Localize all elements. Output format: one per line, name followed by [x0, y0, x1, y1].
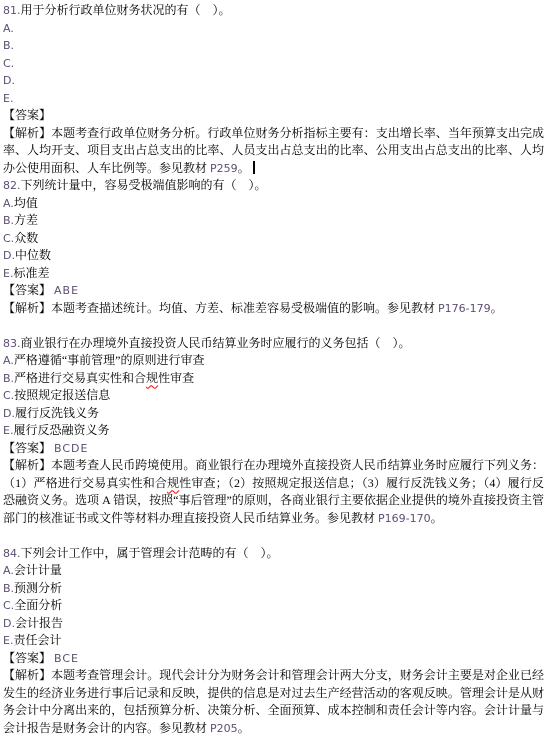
- answer-label: 【答案】: [3, 441, 51, 455]
- option-line: E.标准差: [3, 265, 544, 283]
- answer-label: 【答案】: [3, 108, 51, 122]
- answer-letters: ABE: [54, 284, 79, 297]
- option-text: 众数: [14, 231, 38, 245]
- option-text: 履行反恐融资义务: [13, 423, 109, 437]
- option-line: A.会计计量: [3, 562, 544, 580]
- option-text: 履行反洗钱义务: [15, 406, 99, 420]
- analysis-text: 本题考查管理会计。现代会计分为财务会计和管理会计两大分支，财务会计主要是对企业已…: [3, 668, 544, 735]
- option-line: E.履行反恐融资义务: [3, 422, 544, 440]
- option-line: A.均值: [3, 195, 544, 213]
- option-text: 全面分析: [14, 598, 62, 612]
- option-text: 严格遵循“事前管理”的原则进行审查: [14, 353, 205, 367]
- option-text: 方差: [14, 213, 38, 227]
- option-letter: C.: [3, 57, 14, 70]
- question-number: 83.: [3, 337, 21, 350]
- analysis-text-end: 。: [238, 161, 250, 175]
- analysis-paragraph: 【解析】本题考查管理会计。现代会计分为财务会计和管理会计两大分支，财务会计主要是…: [3, 667, 544, 737]
- page-reference: P205: [210, 722, 238, 735]
- option-line: C.按照规定报送信息: [3, 387, 544, 405]
- option-line: D.: [3, 72, 544, 90]
- question-stem: 83.商业银行在办理境外直接投资人民币结算业务时应履行的义务包括（ ）。: [3, 335, 544, 353]
- page-reference: P176-179: [438, 302, 491, 315]
- option-text: 严格进行交易真实性和合: [14, 371, 146, 385]
- question-block-81: 81.用于分析行政单位财务状况的有（ ）。 A. B. C. D. E. 【答案…: [3, 2, 544, 177]
- option-letter: D.: [3, 617, 15, 630]
- option-letter: B.: [3, 582, 14, 595]
- option-letter: E.: [3, 267, 13, 280]
- question-stem-text: 商业银行在办理境外直接投资人民币结算业务时应履行的义务包括（ ）。: [21, 336, 411, 350]
- analysis-label: 【解析】: [3, 458, 51, 472]
- analysis-text-end: 。: [431, 511, 443, 525]
- analysis-label: 【解析】: [3, 126, 51, 140]
- analysis-label: 【解析】: [3, 668, 51, 682]
- answer-line: 【答案】BCDE: [3, 440, 544, 458]
- question-number: 82.: [3, 179, 21, 192]
- question-stem-text: 下列统计量中，容易受极端值影响的有（ ）。: [21, 178, 267, 192]
- option-letter: B.: [3, 214, 14, 227]
- option-letter: B.: [3, 372, 14, 385]
- analysis-text-end: 。: [491, 301, 503, 315]
- answer-letters: BCE: [54, 652, 79, 665]
- option-line: D.中位数: [3, 247, 544, 265]
- analysis-text-end: 。: [238, 721, 250, 735]
- option-line: B.方差: [3, 212, 544, 230]
- page-reference: P259: [210, 162, 238, 175]
- misspelled-word: 规: [146, 371, 158, 385]
- option-line: C.众数: [3, 230, 544, 248]
- option-line: E.: [3, 90, 544, 108]
- option-text: 会计计量: [14, 563, 62, 577]
- answer-letters: BCDE: [54, 442, 88, 455]
- question-stem: 82.下列统计量中，容易受极端值影响的有（ ）。: [3, 177, 544, 195]
- option-text: 中位数: [15, 248, 51, 262]
- option-letter: C.: [3, 389, 14, 402]
- question-stem-text: 用于分析行政单位财务状况的有（ ）。: [21, 3, 231, 17]
- option-letter: E.: [3, 92, 13, 105]
- option-line: B.预测分析: [3, 580, 544, 598]
- option-text: 责任会计: [13, 633, 61, 647]
- option-line: D.会计报告: [3, 615, 544, 633]
- answer-line: 【答案】: [3, 107, 544, 125]
- analysis-paragraph: 【解析】本题考查行政单位财务分析。行政单位财务分析指标主要有：支出增长率、当年预…: [3, 125, 544, 178]
- question-block-84: 84.下列会计工作中，属于管理会计范畴的有（ ）。 A.会计计量 B.预测分析 …: [3, 545, 544, 738]
- analysis-paragraph: 【解析】本题考查描述统计。均值、方差、标准差容易受极端值的影响。参见教材 P17…: [3, 300, 544, 318]
- option-line: B.: [3, 37, 544, 55]
- option-letter: D.: [3, 74, 15, 87]
- option-letter: C.: [3, 232, 14, 245]
- page-reference: P169-170: [378, 512, 431, 525]
- question-stem-text: 下列会计工作中，属于管理会计范畴的有（ ）。: [21, 546, 279, 560]
- document-page[interactable]: 81.用于分析行政单位财务状况的有（ ）。 A. B. C. D. E. 【答案…: [0, 0, 547, 737]
- text-cursor: [253, 161, 255, 174]
- question-stem: 84.下列会计工作中，属于管理会计范畴的有（ ）。: [3, 545, 544, 563]
- option-text: 均值: [14, 196, 38, 210]
- option-line: A.: [3, 20, 544, 38]
- option-letter: D.: [3, 407, 15, 420]
- answer-label: 【答案】: [3, 651, 51, 665]
- option-text: 性审查: [158, 371, 194, 385]
- answer-line: 【答案】ABE: [3, 282, 544, 300]
- option-letter: A.: [3, 354, 14, 367]
- analysis-text: 本题考查描述统计。均值、方差、标准差容易受极端值的影响。参见教材: [51, 301, 438, 315]
- analysis-text: 本题考查行政单位财务分析。行政单位财务分析指标主要有：支出增长率、当年预算支出完…: [3, 126, 544, 175]
- option-letter: A.: [3, 197, 14, 210]
- option-letter: D.: [3, 249, 15, 262]
- answer-label: 【答案】: [3, 283, 51, 297]
- question-number: 81.: [3, 4, 21, 17]
- blank-line: [3, 527, 544, 545]
- option-letter: E.: [3, 424, 13, 437]
- question-block-82: 82.下列统计量中，容易受极端值影响的有（ ）。 A.均值 B.方差 C.众数 …: [3, 177, 544, 317]
- question-number: 84.: [3, 547, 21, 560]
- option-line: B.严格进行交易真实性和合规性审查: [3, 370, 544, 388]
- question-stem: 81.用于分析行政单位财务状况的有（ ）。: [3, 2, 544, 20]
- option-line: A.严格遵循“事前管理”的原则进行审查: [3, 352, 544, 370]
- blank-line: [3, 317, 544, 335]
- option-line: D.履行反洗钱义务: [3, 405, 544, 423]
- misspelled-word: 规: [167, 476, 179, 490]
- option-letter: A.: [3, 564, 14, 577]
- option-text: 按照规定报送信息: [14, 388, 110, 402]
- option-text: 标准差: [13, 266, 49, 280]
- analysis-paragraph: 【解析】本题考查人民币跨境使用。商业银行在办理境外直接投资人民币结算业务时应履行…: [3, 457, 544, 527]
- question-block-83: 83.商业银行在办理境外直接投资人民币结算业务时应履行的义务包括（ ）。 A.严…: [3, 335, 544, 528]
- answer-line: 【答案】BCE: [3, 650, 544, 668]
- option-line: C.全面分析: [3, 597, 544, 615]
- option-text: 预测分析: [14, 581, 62, 595]
- option-letter: C.: [3, 599, 14, 612]
- option-text: 会计报告: [15, 616, 63, 630]
- option-line: E.责任会计: [3, 632, 544, 650]
- analysis-label: 【解析】: [3, 301, 51, 315]
- option-letter: B.: [3, 39, 14, 52]
- option-line: C.: [3, 55, 544, 73]
- option-letter: A.: [3, 22, 14, 35]
- option-letter: E.: [3, 634, 13, 647]
